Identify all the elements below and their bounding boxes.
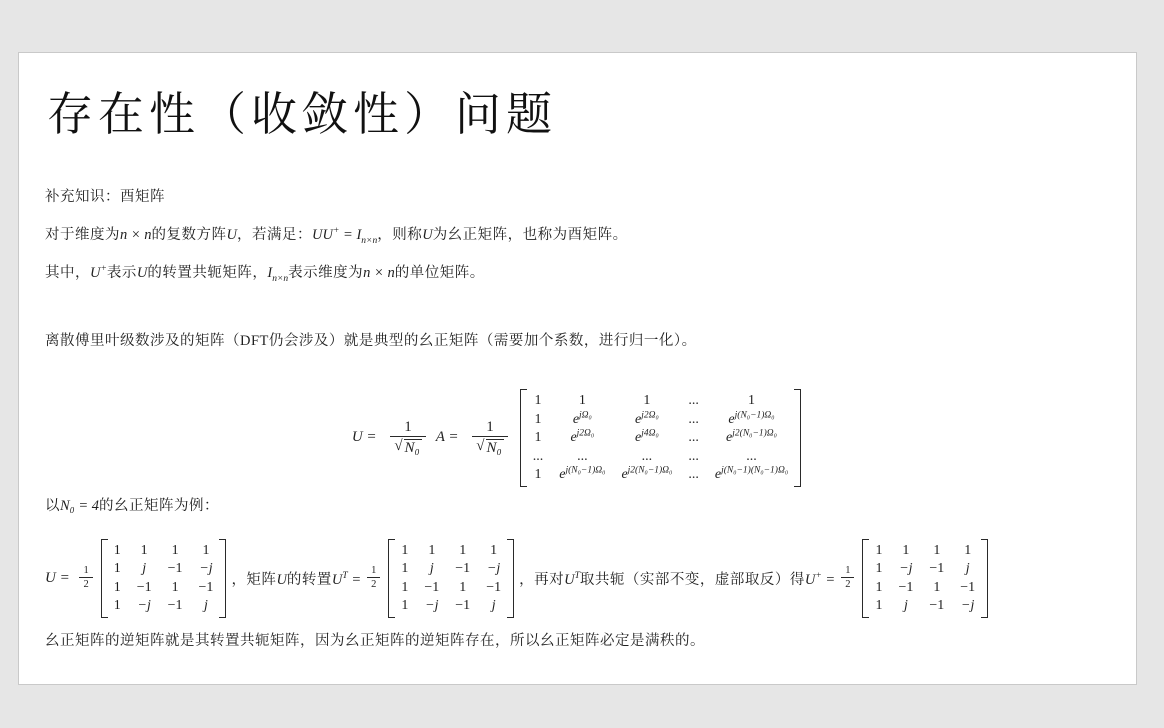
text-run: 的复数方阵 — [152, 227, 227, 243]
example-lhs: U = — [45, 570, 73, 587]
matrix-cell: 1 — [933, 579, 940, 597]
matrix-cell: −1 — [168, 560, 183, 578]
matrix-cell: −1 — [424, 579, 439, 597]
matrix-cell: 1 — [172, 579, 179, 597]
matrix-cell: −1 — [898, 579, 913, 597]
matrix-cell: 1 — [172, 542, 179, 560]
matrix-cell: 1 — [535, 411, 542, 429]
fraction-numerator: 1 — [482, 420, 498, 436]
matrix-cell: ej4Ω₀ — [635, 429, 659, 447]
matrix-cell: j — [430, 560, 434, 578]
matrix-cell: ej2(N₀−1)Ω₀ — [621, 466, 672, 484]
text-run: 的转置共轭矩阵， — [147, 265, 267, 281]
matrix-cell: 1 — [643, 392, 650, 410]
matrix-cell: 1 — [490, 542, 497, 560]
math-run: U+ = — [805, 572, 835, 588]
matrix-cell: 1 — [459, 542, 466, 560]
matrix-cell: −j — [425, 597, 438, 615]
fraction-numerator: 1 — [79, 566, 92, 578]
text-run: 离散傅里叶级数涉及的矩阵（DFT仍会涉及）就是典型的幺正矩阵（需要加个系数，进行… — [45, 333, 697, 349]
text-run: 表示 — [107, 265, 137, 281]
matrix-cell: −1 — [929, 560, 944, 578]
matrix-cell: ejΩ₀ — [573, 411, 592, 429]
matrix-cell: −1 — [929, 597, 944, 615]
math-run: U — [276, 572, 286, 588]
matrix-cell: 1 — [875, 579, 882, 597]
matrix-cell: ej(N₀−1)Ω₀ — [559, 466, 605, 484]
matrix-U-transpose: 11111j−1−j1−11−11−j−1j — [388, 539, 514, 618]
dft-matrix: 111...11ejΩ₀ej2Ω₀...ej(N₀−1)Ω₀1ej2Ω₀ej4Ω… — [520, 389, 801, 487]
matrix-cell: −j — [138, 597, 151, 615]
fraction-denominator: √N₀ — [390, 436, 425, 456]
matrix-cell: 1 — [875, 560, 882, 578]
math-run: U — [227, 227, 237, 243]
matrix-cell: ... — [688, 448, 699, 466]
matrix-cell: ... — [533, 448, 544, 466]
matrix-U-dagger-grid: 11111−j−1j1−11−11j−1−j — [872, 539, 978, 618]
fraction-denominator: 2 — [367, 577, 380, 591]
matrix-cell: ... — [642, 448, 653, 466]
matrix-cell: 1 — [114, 560, 121, 578]
matrix-cell: 1 — [964, 542, 971, 560]
matrix-cell: ... — [688, 392, 699, 410]
matrix-cell: j — [904, 597, 908, 615]
matrix-bracket-right — [507, 539, 514, 618]
matrix-U: 11111j−1−j1−11−11−j−1j — [101, 539, 227, 618]
matrix-cell: ... — [688, 411, 699, 429]
matrix-cell: −1 — [486, 579, 501, 597]
matrix-bracket-left — [101, 539, 108, 618]
math-run: n × n — [120, 227, 152, 243]
text-run: 以 — [45, 498, 60, 514]
page-title: 存在性（收敛性）问题 — [47, 85, 1110, 145]
matrix-cell: 1 — [535, 429, 542, 447]
matrix-cell: 1 — [459, 579, 466, 597]
text-transpose: ，矩阵U的转置UT = — [231, 568, 361, 589]
text-run: 取共轭（实部不变，虚部取反）得 — [580, 572, 805, 588]
text-run: ，若满足： — [237, 227, 312, 243]
matrix-cell: 1 — [114, 579, 121, 597]
matrix-bracket-left — [862, 539, 869, 618]
matrix-cell: −1 — [960, 579, 975, 597]
text-run: ，则称 — [377, 227, 422, 243]
math-run: n × n — [363, 265, 395, 281]
matrix-cell: ej2(N₀−1)Ω₀ — [726, 429, 777, 447]
matrix-cell: −1 — [137, 579, 152, 597]
matrix-cell: 1 — [748, 392, 755, 410]
fraction-one-over-sqrtN0: 1 √N₀ — [390, 420, 425, 456]
matrix-cell: ej2Ω₀ — [570, 429, 594, 447]
matrix-cell: ... — [688, 466, 699, 484]
text-run: 的单位矩阵。 — [395, 265, 485, 281]
radicand: N₀ — [486, 439, 504, 456]
fraction-one-half: 1 2 — [841, 566, 854, 591]
matrix-cell: −j — [199, 560, 212, 578]
text-conjugate: ，再对UT取共轭（实部不变，虚部取反）得U+ = — [519, 568, 835, 589]
text-run: 对于维度为 — [45, 227, 120, 243]
matrix-cell: j — [142, 560, 146, 578]
matrix-cell: 1 — [401, 597, 408, 615]
matrix-cell: 1 — [535, 392, 542, 410]
math-run: U — [422, 227, 432, 243]
math-run: N₀ = 4 — [60, 498, 99, 514]
matrix-U-grid: 11111j−1−j1−11−11−j−1j — [111, 539, 217, 618]
matrix-cell: 1 — [902, 542, 909, 560]
matrix-cell: ... — [577, 448, 588, 466]
paragraph-conclusion: 幺正矩阵的逆矩阵就是其转置共轭矩阵，因为幺正矩阵的逆矩阵存在，所以幺正矩阵必定是… — [45, 631, 1110, 651]
dft-matrix-formula: U = 1 √N₀ A = 1 √N₀ 111...11ejΩ₀ej2Ω₀...… — [45, 389, 1110, 487]
text-run: 的幺正矩阵为例： — [99, 498, 219, 514]
matrix-cell: 1 — [114, 597, 121, 615]
text-run: ，矩阵 — [231, 572, 276, 588]
text-run: 为幺正矩阵，也称为酉矩阵。 — [433, 227, 628, 243]
fraction-denominator: √N₀ — [472, 436, 507, 456]
paragraph-example-intro: 以N₀ = 4的幺正矩阵为例： — [45, 496, 1110, 516]
fraction-numerator: 1 — [367, 566, 380, 578]
matrix-cell: 1 — [202, 542, 209, 560]
matrix-bracket-right — [794, 389, 801, 487]
content-card: 存在性（收敛性）问题 补充知识：酉矩阵 对于维度为n × n的复数方阵U，若满足… — [18, 52, 1137, 685]
matrix-cell: −j — [961, 597, 974, 615]
matrix-U-dagger: 11111−j−1j1−11−11j−1−j — [862, 539, 988, 618]
matrix-cell: 1 — [428, 542, 435, 560]
paragraph-notation-explanation: 其中，U+表示U的转置共轭矩阵，In×n表示维度为n × n的单位矩阵。 — [45, 263, 1110, 283]
matrix-bracket-right — [981, 539, 988, 618]
math-run: UU+ = In×n — [312, 227, 377, 243]
matrix-U-transpose-grid: 11111j−1−j1−11−11−j−1j — [398, 539, 504, 618]
math-run: U+ — [90, 265, 107, 281]
paragraph-dft-note: 离散傅里叶级数涉及的矩阵（DFT仍会涉及）就是典型的幺正矩阵（需要加个系数，进行… — [45, 331, 1110, 351]
matrix-cell: ... — [746, 448, 757, 466]
matrix-cell: 1 — [579, 392, 586, 410]
matrix-cell: ej(N₀−1)(N₀−1)Ω₀ — [715, 466, 788, 484]
radicand: N₀ — [404, 439, 422, 456]
radical-sign: √ — [394, 439, 402, 454]
fraction-denominator: 2 — [841, 577, 854, 591]
fraction-denominator: 2 — [79, 577, 92, 591]
matrix-bracket-left — [388, 539, 395, 618]
matrix-cell: ... — [688, 429, 699, 447]
radical-sign: √ — [476, 439, 484, 454]
matrix-cell: 1 — [401, 560, 408, 578]
matrix-cell: 1 — [401, 579, 408, 597]
text-run: ，再对 — [519, 572, 564, 588]
matrix-cell: j — [204, 597, 208, 615]
matrix-cell: 1 — [401, 542, 408, 560]
matrix-cell: −1 — [199, 579, 214, 597]
matrix-cell: 1 — [114, 542, 121, 560]
matrix-cell: j — [966, 560, 970, 578]
matrix-cell: −j — [899, 560, 912, 578]
paragraph-unitary-definition: 对于维度为n × n的复数方阵U，若满足：UU+ = In×n，则称U为幺正矩阵… — [45, 225, 1110, 245]
matrix-cell: −1 — [168, 597, 183, 615]
matrix-bracket-left — [520, 389, 527, 487]
fraction-one-half: 1 2 — [79, 566, 92, 591]
fraction-one-over-sqrtN0-2: 1 √N₀ — [472, 420, 507, 456]
matrix-cell: 1 — [933, 542, 940, 560]
page-background: { "page": { "background_color": "#e6e6e6… — [0, 0, 1164, 728]
text-run: 幺正矩阵的逆矩阵就是其转置共轭矩阵，因为幺正矩阵的逆矩阵存在，所以幺正矩阵必定是… — [45, 633, 705, 649]
matrix-cell: −j — [487, 560, 500, 578]
matrix-cell: −1 — [455, 560, 470, 578]
text-run: 的转置 — [287, 572, 332, 588]
paragraph-supplement-note: 补充知识：酉矩阵 — [45, 187, 1110, 207]
math-run: UT = — [332, 572, 361, 588]
matrix-cell: ej2Ω₀ — [635, 411, 659, 429]
matrix-cell: ej(N₀−1)Ω₀ — [728, 411, 774, 429]
text-run: 补充知识：酉矩阵 — [45, 189, 165, 205]
fraction-numerator: 1 — [841, 566, 854, 578]
example-matrices-row: U = 1 2 11111j−1−j1−11−11−j−1j ，矩阵U的转置UT… — [45, 539, 1110, 618]
formula-mid: A = — [436, 429, 463, 446]
formula-lhs: U = — [352, 429, 380, 446]
matrix-cell: −1 — [455, 597, 470, 615]
math-run: In×n — [267, 265, 288, 281]
text-run: 表示维度为 — [288, 265, 363, 281]
fraction-numerator: 1 — [400, 420, 416, 436]
dft-matrix-grid: 111...11ejΩ₀ej2Ω₀...ej(N₀−1)Ω₀1ej2Ω₀ej4Ω… — [530, 389, 791, 487]
matrix-cell: 1 — [535, 466, 542, 484]
matrix-cell: 1 — [875, 597, 882, 615]
math-run: U — [137, 265, 147, 281]
matrix-cell: 1 — [875, 542, 882, 560]
matrix-bracket-right — [219, 539, 226, 618]
matrix-cell: j — [492, 597, 496, 615]
math-run: UT — [564, 572, 580, 588]
matrix-cell: 1 — [141, 542, 148, 560]
fraction-one-half: 1 2 — [367, 566, 380, 591]
text-run: 其中， — [45, 265, 90, 281]
